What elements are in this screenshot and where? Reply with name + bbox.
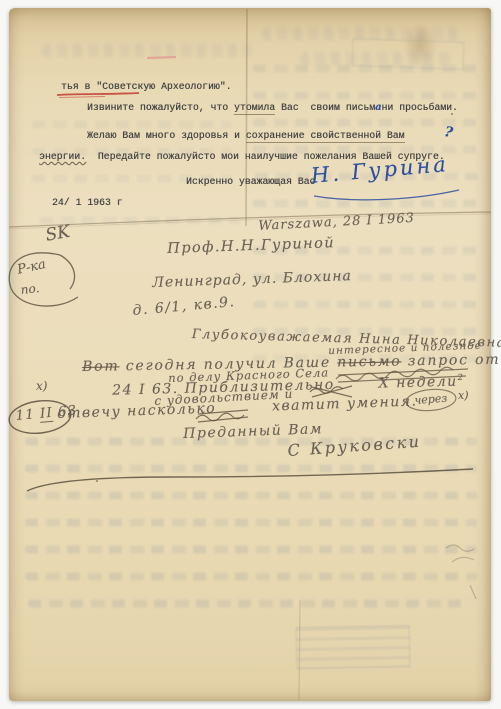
typed-text: Вас своим письм	[275, 102, 375, 113]
pencil-date-year: 63	[57, 403, 78, 421]
pencil-date-day: 11	[15, 406, 36, 424]
paper-speck	[451, 113, 453, 115]
typed-date: 24/ 1 1963 г	[52, 197, 123, 208]
pencil-struck-word: Вот	[82, 358, 120, 375]
typed-wavy-underlined-word: энергии.	[39, 151, 86, 162]
typed-line-wishes: Желаю Вам много здоровья и сохранение св…	[87, 130, 405, 141]
typed-underlined-phrase: сохранение свойственной Вам	[246, 130, 405, 143]
pencil-initials: SK	[44, 222, 71, 246]
pencil-struck-word: письмо	[337, 353, 402, 370]
bleedthrough-stamp	[296, 625, 411, 669]
scribble-gap	[335, 388, 379, 389]
scribble-gap	[216, 410, 272, 412]
scanned-letter-page: тья в "Советскую Археологию". Извините п…	[0, 0, 501, 709]
typed-closing: Искренно уважающая Вас	[186, 176, 315, 187]
paper-speck	[96, 480, 98, 482]
typed-underlined-word: утомила	[234, 102, 275, 115]
typed-text: Желаю Вам много здоровья и	[87, 130, 246, 141]
typed-line-apology: Извините пожалуйсто, что утомила Вас сво…	[87, 102, 458, 113]
pencil-text: запрос от	[401, 352, 500, 370]
typed-line-journal: тья в "Советскую Археологию".	[61, 81, 232, 92]
pencil-margin-note-line2: по.	[20, 281, 40, 297]
pencil-circled-word: через	[414, 392, 448, 407]
pencil-footnote-mark-right: x)	[458, 389, 469, 402]
pencil-margin-footnote-mark: x)	[36, 379, 47, 393]
pencil-superscript: 2	[457, 372, 464, 382]
typed-text: Извините пожалуйсто, что	[87, 102, 234, 113]
pencil-text: X недели	[378, 374, 457, 392]
typed-text: ни просьбами.	[381, 102, 457, 113]
